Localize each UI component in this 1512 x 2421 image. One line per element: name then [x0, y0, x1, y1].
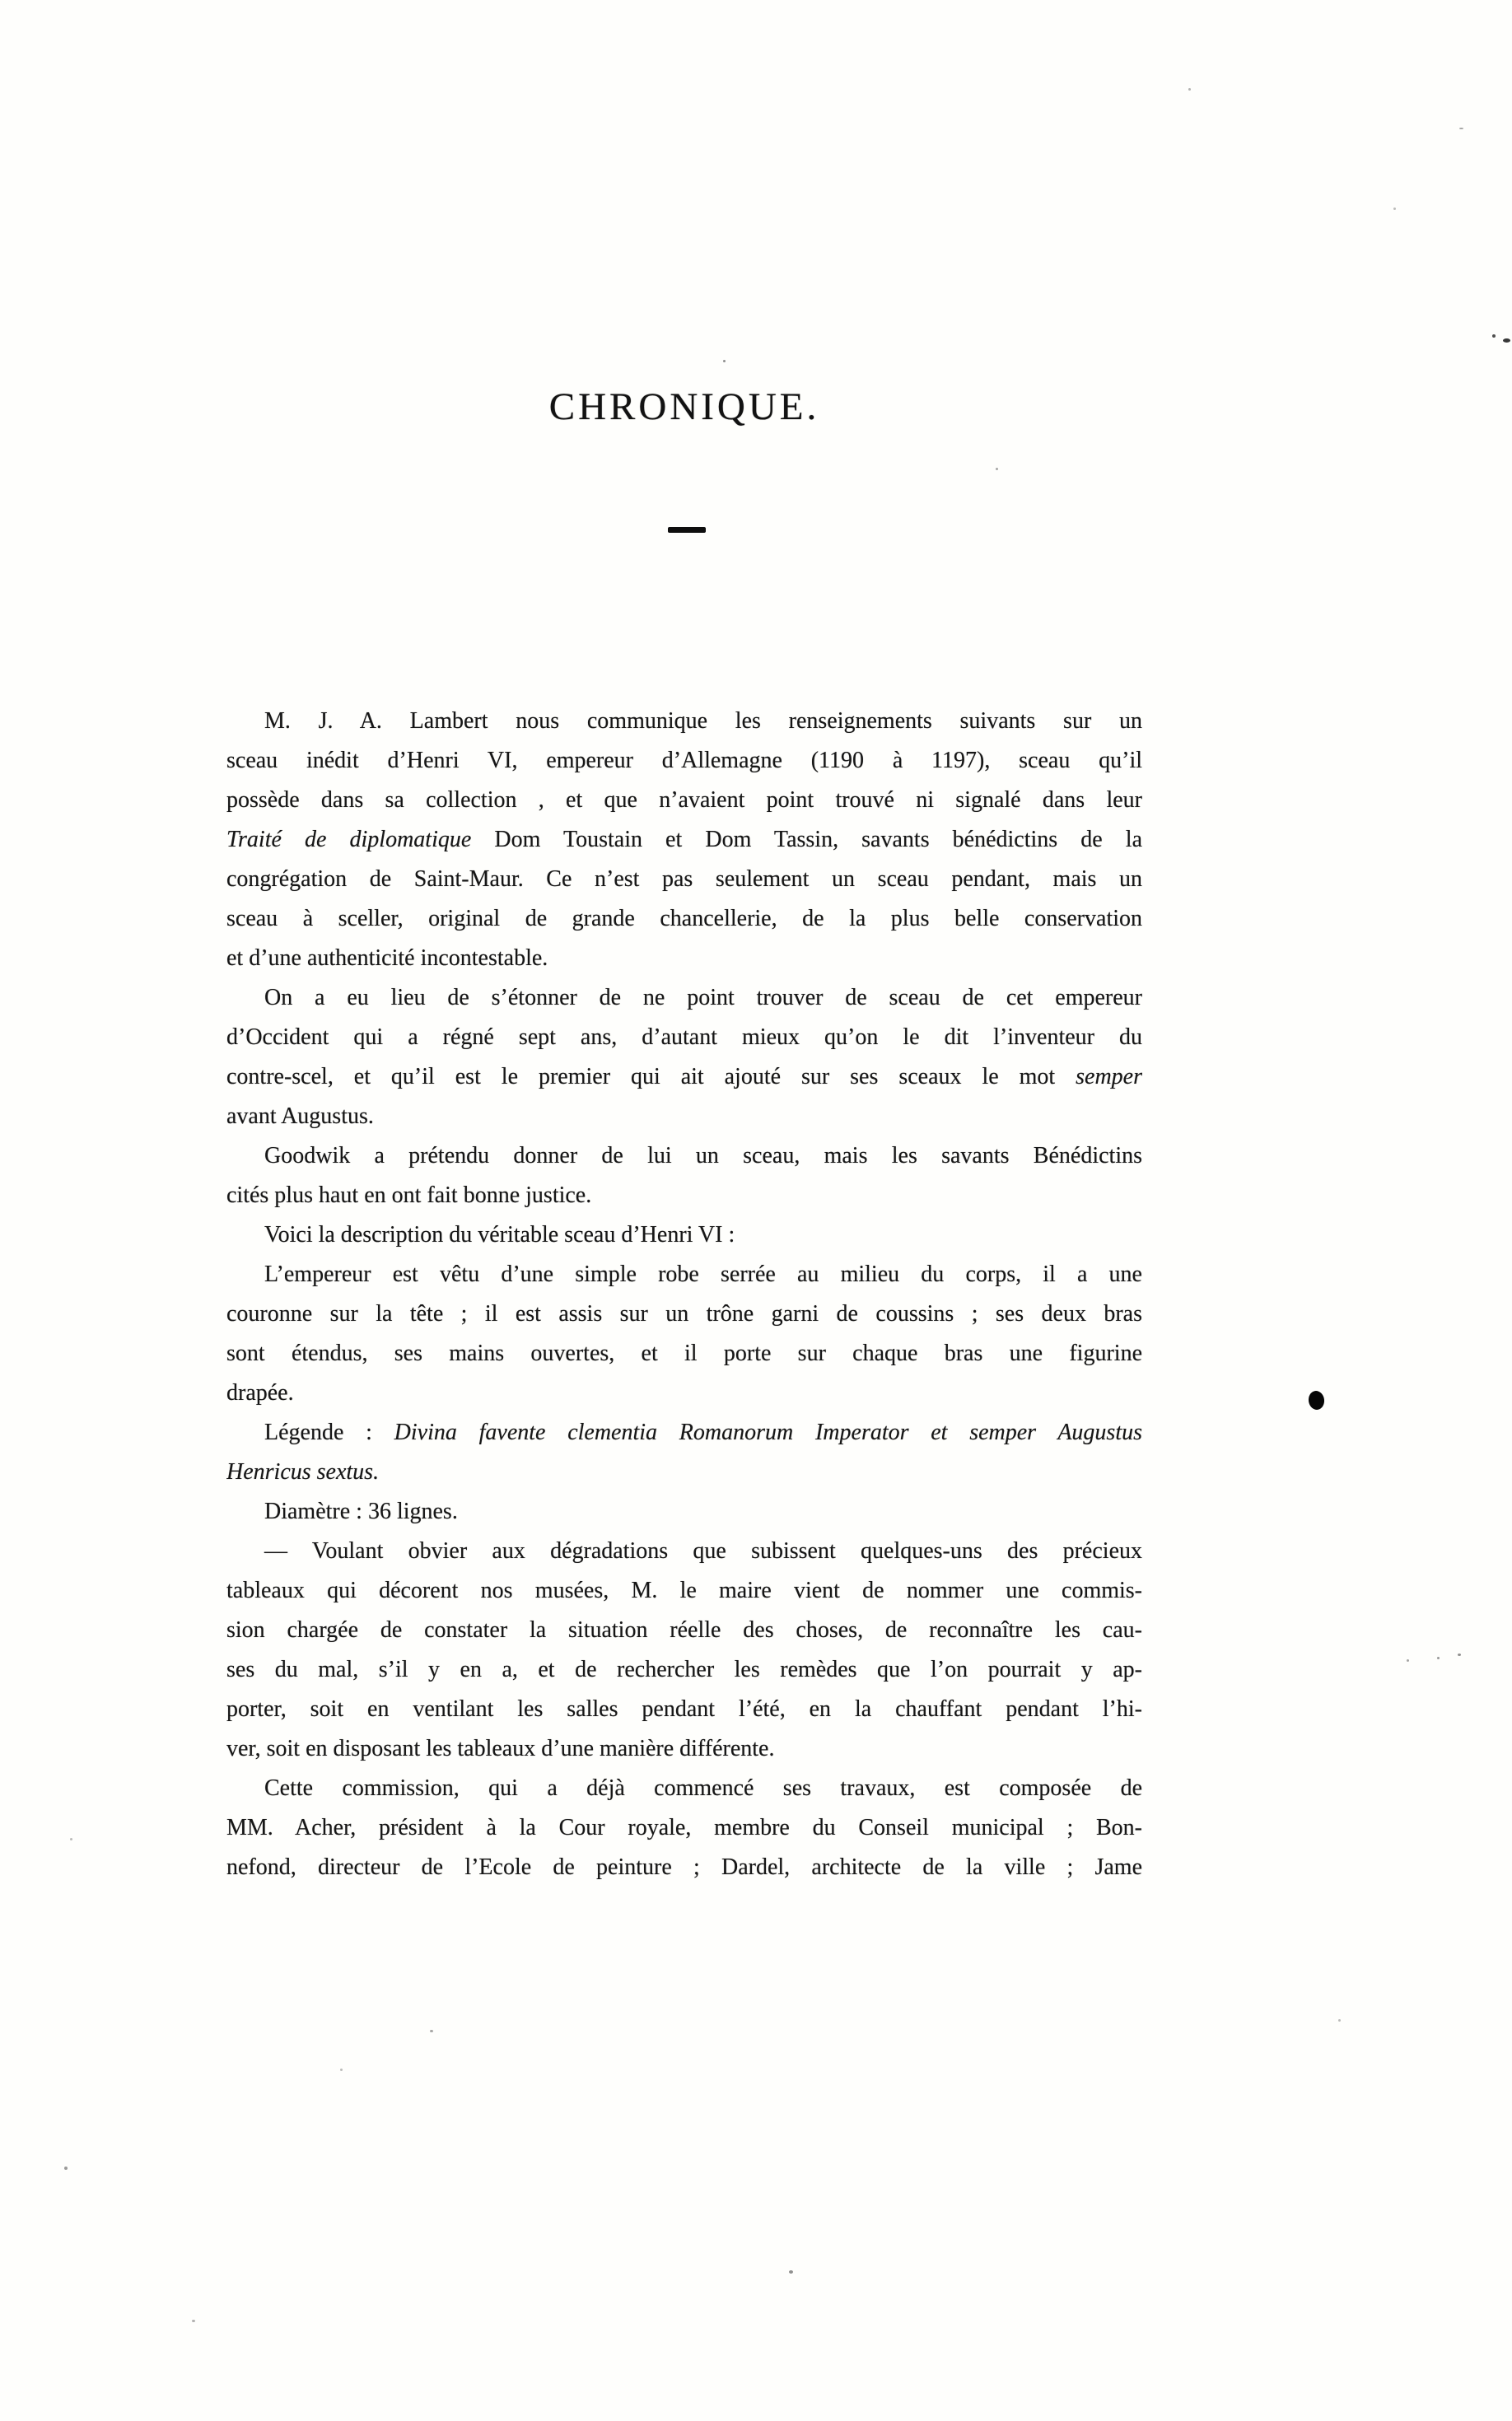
paragraph: On a eu lieu de s’étonner de ne point tr…	[226, 978, 1142, 1136]
paragraph: Goodwik a prétendu donner de lui un scea…	[226, 1136, 1142, 1215]
text-line: et d’une authenticité incontestable.	[226, 939, 1142, 978]
scanned-page: CHRONIQUE. M. J. A. Lambert nous communi…	[0, 0, 1512, 2421]
paragraph: Cette commission, qui a déjà commencé se…	[226, 1769, 1142, 1887]
text-segment: couronne sur la tête ; il est assis sur …	[226, 1301, 1142, 1327]
text-line: drapée.	[226, 1374, 1142, 1413]
text-segment: avant Augustus.	[226, 1103, 374, 1129]
text-line: On a eu lieu de s’étonner de ne point tr…	[226, 978, 1142, 1018]
paragraph: Voici la description du véritable sceau …	[226, 1215, 1142, 1255]
text-segment: sont étendus, ses mains ouvertes, et il …	[226, 1341, 1142, 1366]
page-title: CHRONIQUE.	[226, 385, 1142, 429]
italic-text-segment: Henricus sextus.	[226, 1459, 379, 1485]
text-segment: nefond, directeur de l’Ecole de peinture…	[226, 1854, 1142, 1880]
text-segment: drapée.	[226, 1380, 294, 1406]
text-segment: Diamètre : 36 lignes.	[264, 1499, 458, 1524]
text-line: Traité de diplomatique Dom Toustain et D…	[226, 820, 1142, 860]
text-line: avant Augustus.	[226, 1097, 1142, 1136]
text-line: contre-scel, et qu’il est le premier qui…	[226, 1057, 1142, 1097]
text-line: sion chargée de constater la situation r…	[226, 1611, 1142, 1650]
text-segment: Cette commission, qui a déjà commencé se…	[264, 1775, 1142, 1801]
text-line: Henricus sextus.	[226, 1453, 1142, 1492]
text-segment: sceau inédit d’Henri VI, empereur d’Alle…	[226, 748, 1142, 773]
text-line: possède dans sa collection , et que n’av…	[226, 781, 1142, 820]
ink-speck	[996, 468, 998, 470]
text-line: d’Occident qui a régné sept ans, d’autan…	[226, 1018, 1142, 1057]
text-segment: Goodwik a prétendu donner de lui un scea…	[264, 1143, 1142, 1169]
text-line: sont étendus, ses mains ouvertes, et il …	[226, 1334, 1142, 1374]
text-line: ver, soit en disposant les tableaux d’un…	[226, 1729, 1142, 1769]
ink-speck	[192, 2320, 195, 2322]
text-segment: M. J. A. Lambert nous communique les ren…	[264, 708, 1142, 734]
text-segment: sion chargée de constater la situation r…	[226, 1617, 1142, 1643]
text-segment: ver, soit en disposant les tableaux d’un…	[226, 1736, 774, 1761]
text-segment: tableaux qui décorent nos musées, M. le …	[226, 1578, 1142, 1603]
paragraph: Diamètre : 36 lignes.	[226, 1492, 1142, 1532]
text-segment: — Voulant obvier aux dégradations que su…	[264, 1538, 1142, 1564]
paragraph: — Voulant obvier aux dégradations que su…	[226, 1532, 1142, 1769]
ink-speck	[430, 2030, 433, 2032]
text-line: Goodwik a prétendu donner de lui un scea…	[226, 1136, 1142, 1176]
text-segment: On a eu lieu de s’étonner de ne point tr…	[264, 985, 1142, 1010]
text-line: MM. Acher, président à la Cour royale, m…	[226, 1808, 1142, 1848]
text-line: L’empereur est vêtu d’une simple robe se…	[226, 1255, 1142, 1294]
text-segment: Voici la description du véritable sceau …	[264, 1222, 735, 1248]
text-line: ses du mal, s’il y en a, et de recherche…	[226, 1650, 1142, 1690]
text-line: Légende : Divina favente clementia Roman…	[226, 1413, 1142, 1453]
text-segment: contre-scel, et qu’il est le premier qui…	[226, 1064, 1076, 1089]
text-line: Cette commission, qui a déjà commencé se…	[226, 1769, 1142, 1808]
ink-speck	[64, 2167, 68, 2170]
ink-speck	[1338, 2019, 1341, 2022]
text-line: Voici la description du véritable sceau …	[226, 1215, 1142, 1255]
ink-speck	[340, 2069, 343, 2071]
text-line: — Voulant obvier aux dégradations que su…	[226, 1532, 1142, 1571]
text-segment: et d’une authenticité incontestable.	[226, 945, 548, 971]
ink-speck	[70, 1838, 72, 1840]
text-line: M. J. A. Lambert nous communique les ren…	[226, 702, 1142, 741]
body-text: M. J. A. Lambert nous communique les ren…	[226, 702, 1142, 1887]
text-segment: L’empereur est vêtu d’une simple robe se…	[264, 1262, 1142, 1287]
ink-speck	[789, 2270, 793, 2274]
text-line: sceau inédit d’Henri VI, empereur d’Alle…	[226, 741, 1142, 781]
text-segment: congrégation de Saint-Maur. Ce n’est pas…	[226, 866, 1142, 892]
italic-text-segment: semper	[1076, 1064, 1142, 1089]
text-segment: possède dans sa collection , et que n’av…	[226, 787, 1142, 813]
italic-text-segment: Divina favente clementia Romanorum Imper…	[394, 1420, 1142, 1445]
italic-text-segment: Traité de diplomatique	[226, 827, 471, 852]
text-segment: sceau à sceller, original de grande chan…	[226, 906, 1142, 931]
text-line: congrégation de Saint-Maur. Ce n’est pas…	[226, 860, 1142, 899]
text-segment: cités plus haut en ont fait bonne justic…	[226, 1183, 591, 1208]
ink-speck	[1407, 1659, 1409, 1662]
text-segment: Dom Toustain et Dom Tassin, savants béné…	[471, 827, 1142, 852]
ink-speck	[1459, 128, 1463, 129]
text-line: sceau à sceller, original de grande chan…	[226, 899, 1142, 939]
text-segment: Légende :	[264, 1420, 394, 1445]
ink-speck	[1393, 208, 1396, 210]
ink-speck	[1188, 88, 1191, 91]
text-segment: MM. Acher, président à la Cour royale, m…	[226, 1815, 1142, 1840]
paragraph: Légende : Divina favente clementia Roman…	[226, 1413, 1142, 1492]
text-line: couronne sur la tête ; il est assis sur …	[226, 1294, 1142, 1334]
text-line: tableaux qui décorent nos musées, M. le …	[226, 1571, 1142, 1611]
ink-speck	[1437, 1657, 1440, 1659]
ink-speck	[723, 360, 726, 362]
text-segment: d’Occident qui a régné sept ans, d’autan…	[226, 1024, 1142, 1050]
ink-speck	[1458, 1654, 1461, 1656]
ink-speck	[1503, 338, 1510, 343]
ink-blot	[1307, 1390, 1325, 1411]
separator-rule	[668, 527, 706, 533]
text-line: porter, soit en ventilant les salles pen…	[226, 1690, 1142, 1729]
ink-speck	[1492, 334, 1496, 338]
text-line: Diamètre : 36 lignes.	[226, 1492, 1142, 1532]
text-line: nefond, directeur de l’Ecole de peinture…	[226, 1848, 1142, 1887]
paragraph: M. J. A. Lambert nous communique les ren…	[226, 702, 1142, 978]
text-segment: ses du mal, s’il y en a, et de recherche…	[226, 1657, 1142, 1682]
text-segment: porter, soit en ventilant les salles pen…	[226, 1696, 1142, 1722]
text-line: cités plus haut en ont fait bonne justic…	[226, 1176, 1142, 1215]
paragraph: L’empereur est vêtu d’une simple robe se…	[226, 1255, 1142, 1413]
